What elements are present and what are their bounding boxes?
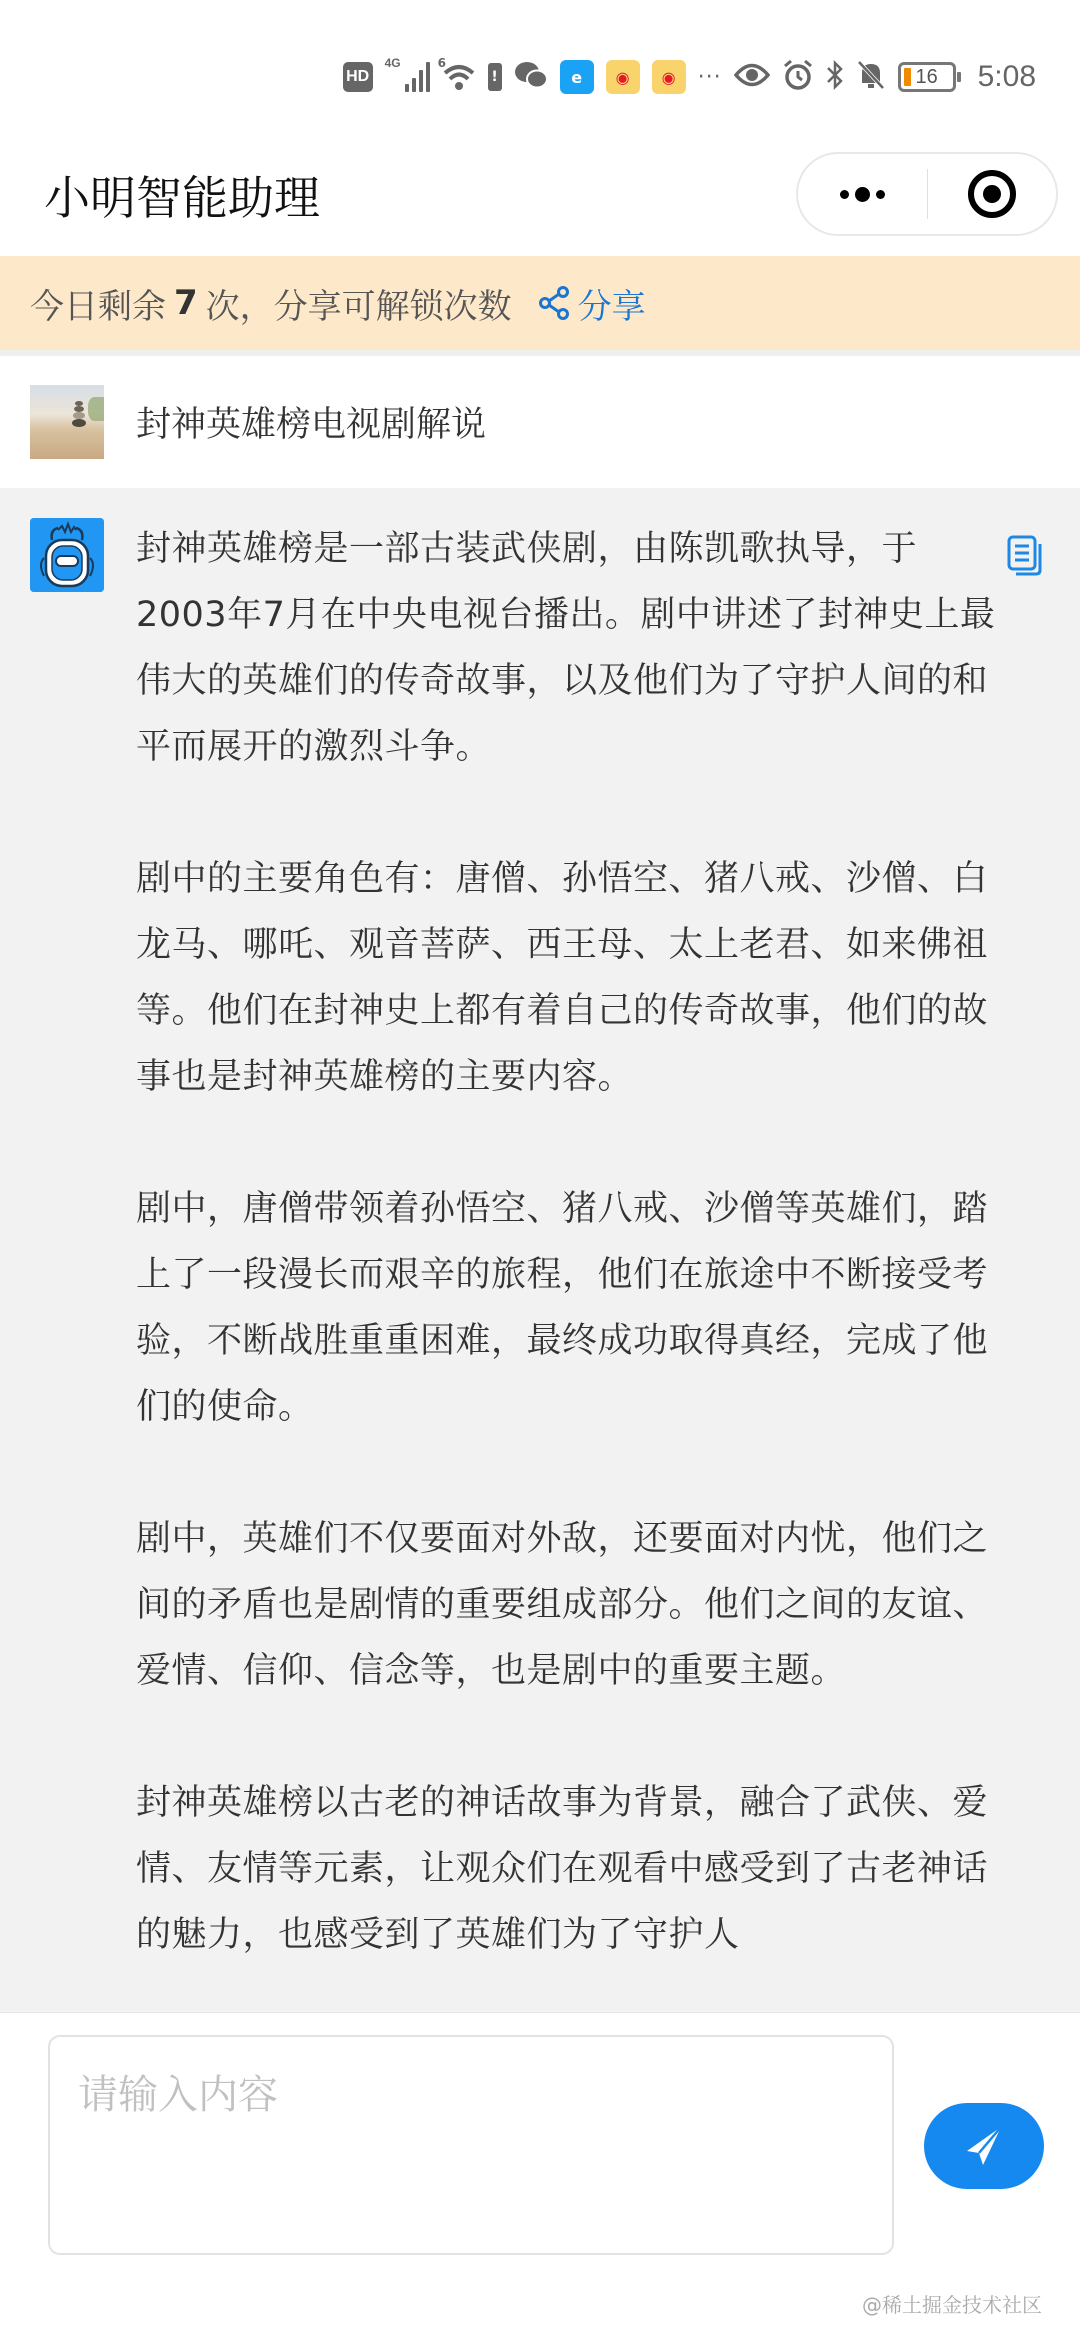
- more-menu-button[interactable]: [798, 154, 927, 234]
- bluetooth-icon: [826, 59, 844, 96]
- mute-icon: [856, 59, 886, 96]
- copy-document-icon: [1006, 534, 1046, 578]
- message-paragraph: 剧中，英雄们不仅要面对外敌，还要面对内忧，他们之间的矛盾也是剧情的重要组成部分。…: [136, 1506, 1002, 1704]
- robot-avatar-icon: [30, 518, 104, 592]
- quota-prefix: 今日剩余: [30, 279, 166, 328]
- battery-icon: 16: [898, 62, 956, 92]
- remaining-count: 7: [174, 283, 198, 323]
- assistant-message: 封神英雄榜是一部古装武侠剧，由陈凯歌执导，于2003年7月在中央电视台播出。剧中…: [136, 516, 1002, 2012]
- wechat-icon: [514, 60, 548, 95]
- target-circle-icon: [968, 170, 1016, 218]
- quota-banner: 今日剩余 7 次，分享可解锁次数 分享: [0, 256, 1080, 350]
- eye-comfort-icon: [734, 62, 770, 93]
- conversation-topic[interactable]: 封神英雄榜电视剧解说: [0, 356, 1080, 488]
- status-bar: HD 4G 6 ! e ◉ ◉ ···: [0, 0, 1080, 150]
- battery-level: 16: [915, 66, 937, 89]
- share-label: 分享: [578, 279, 646, 328]
- battery-alert-icon: !: [488, 63, 502, 91]
- alarm-icon: [782, 59, 814, 96]
- weibo-icon: ◉: [652, 60, 686, 94]
- eleme-app-icon: e: [560, 60, 594, 94]
- more-dots-icon: [840, 187, 885, 202]
- weibo-icon: ◉: [606, 60, 640, 94]
- share-icon: [538, 285, 570, 321]
- message-paragraph: 剧中的主要角色有：唐僧、孙悟空、猪八戒、沙僧、白龙马、哪吒、观音菩萨、西王母、太…: [136, 846, 1002, 1110]
- share-button[interactable]: 分享: [538, 279, 646, 328]
- message-input[interactable]: [48, 2035, 894, 2255]
- wifi-icon: 6: [442, 62, 476, 92]
- quota-suffix: 次，分享可解锁次数: [206, 279, 512, 328]
- copy-button[interactable]: [1006, 534, 1046, 578]
- beach-stones-thumbnail: [30, 385, 104, 459]
- watermark: @稀土掘金技术社区: [862, 2289, 1042, 2318]
- nav-bar: 小明智能助理: [0, 150, 1080, 256]
- send-button[interactable]: [924, 2103, 1044, 2189]
- clock: 5:08: [978, 60, 1036, 94]
- chat-messages[interactable]: 封神英雄榜是一部古装武侠剧，由陈凯歌执导，于2003年7月在中央电视台播出。剧中…: [0, 488, 1080, 2012]
- wifi-version-label: 6: [438, 56, 446, 70]
- message-paragraph: 封神英雄榜以古老的神话故事为背景，融合了武侠、爱情、友情等元素，让观众们在观看中…: [136, 1770, 1002, 1968]
- input-panel: @稀土掘金技术社区: [0, 2012, 1080, 2340]
- more-notifications-icon: ···: [698, 65, 722, 90]
- cellular-signal-icon: 4G: [385, 62, 430, 92]
- network-type-label: 4G: [385, 56, 401, 70]
- topic-title: 封神英雄榜电视剧解说: [136, 397, 486, 447]
- message-paragraph: 剧中，唐僧带领着孙悟空、猪八戒、沙僧等英雄们，踏上了一段漫长而艰辛的旅程，他们在…: [136, 1176, 1002, 1440]
- page-title: 小明智能助理: [44, 168, 320, 228]
- hd-icon: HD: [343, 62, 373, 92]
- status-icons: HD 4G 6 ! e ◉ ◉ ···: [343, 52, 1036, 102]
- close-mini-program-button[interactable]: [928, 154, 1057, 234]
- paper-plane-icon: [961, 2123, 1007, 2169]
- mini-program-capsule: [796, 152, 1058, 236]
- message-paragraph: 封神英雄榜是一部古装武侠剧，由陈凯歌执导，于2003年7月在中央电视台播出。剧中…: [136, 516, 1002, 780]
